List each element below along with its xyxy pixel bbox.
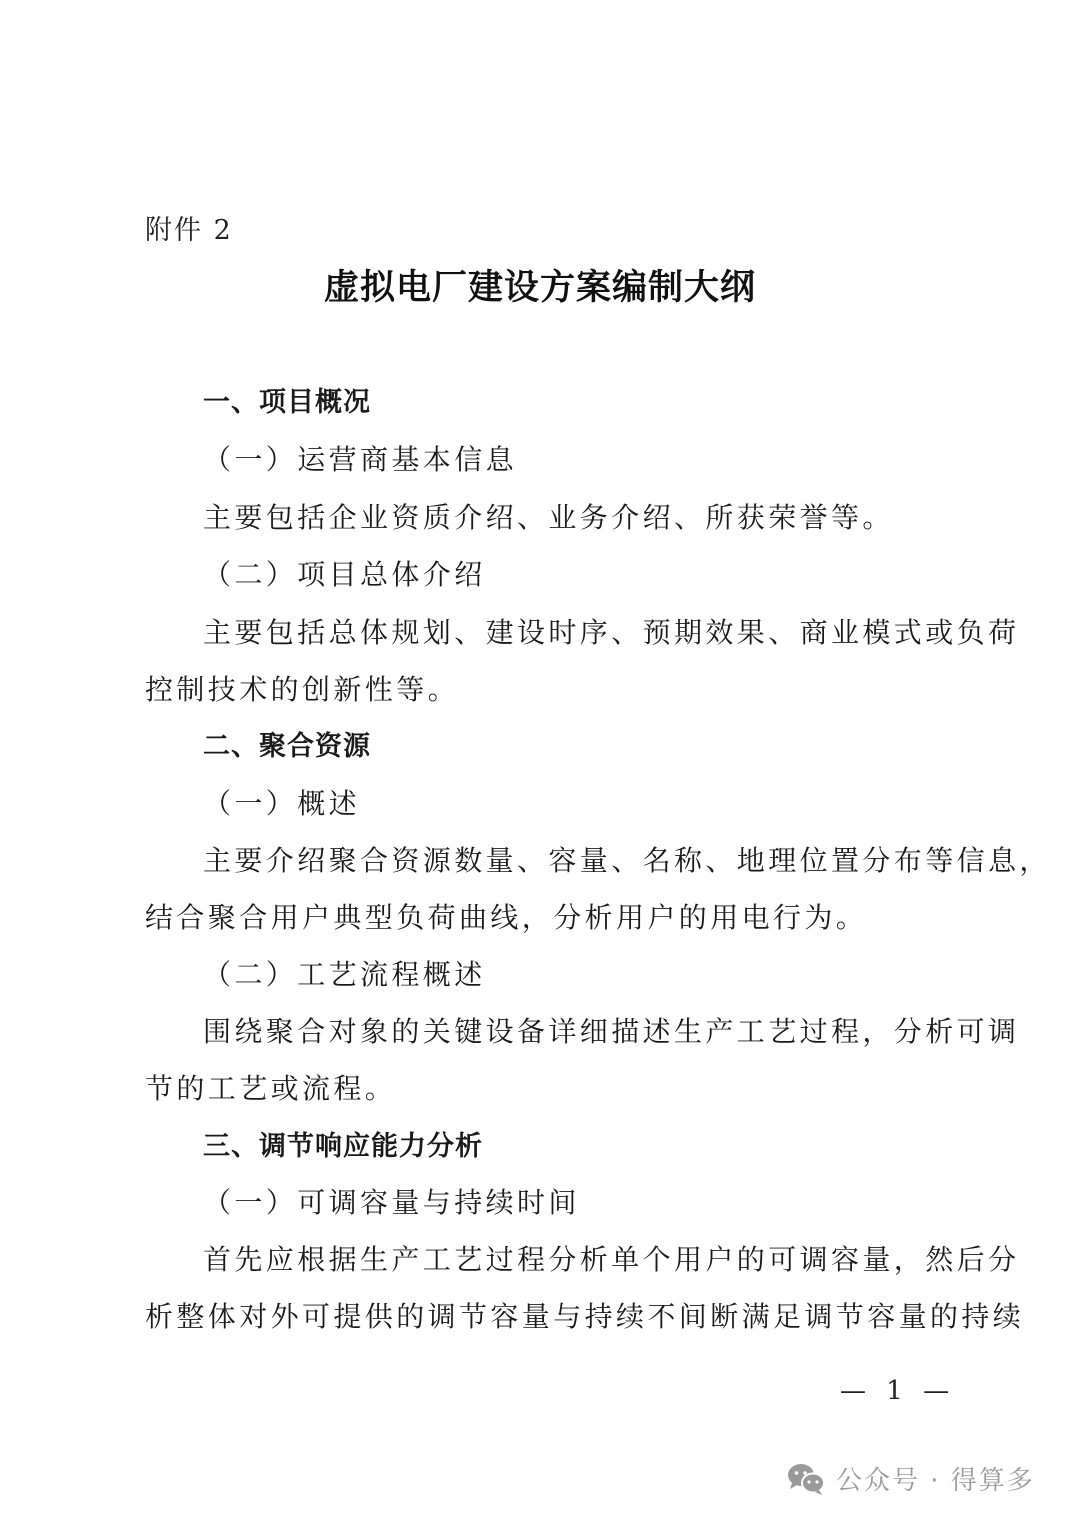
paragraph-line: 首先应根据生产工艺过程分析单个用户的可调容量，然后分: [203, 1238, 1019, 1278]
subsection-heading-2-1: （一）概述: [203, 782, 360, 822]
page-number: — 1 —: [840, 1376, 955, 1406]
document-title: 虚拟电厂建设方案编制大纲: [0, 260, 1080, 310]
watermark-text: 公众号 · 得算多: [836, 1460, 1035, 1497]
document-page: 附件 2 虚拟电厂建设方案编制大纲 一、项目概况 （一）运营商基本信息 主要包括…: [0, 0, 1080, 1527]
paragraph-line: 主要介绍聚合资源数量、容量、名称、地理位置分布等信息，: [203, 839, 1051, 879]
subsection-heading-1-2: （二）项目总体介绍: [203, 553, 486, 593]
subsection-heading-2-2: （二）工艺流程概述: [203, 953, 486, 993]
section-heading-3: 三、调节响应能力分析: [203, 1124, 483, 1163]
subsection-heading-1-1: （一）运营商基本信息: [203, 438, 517, 478]
paragraph-line: 控制技术的创新性等。: [145, 668, 459, 708]
paragraph-line: 结合聚合用户典型负荷曲线，分析用户的用电行为。: [145, 896, 867, 936]
paragraph-line: 析整体对外可提供的调节容量与持续不间断满足调节容量的持续: [145, 1295, 1024, 1335]
paragraph-line: 主要包括总体规划、建设时序、预期效果、商业模式或负荷: [203, 611, 1019, 651]
wechat-icon: [786, 1462, 826, 1496]
paragraph-line: 围绕聚合对象的关键设备详细描述生产工艺过程，分析可调: [203, 1010, 1019, 1050]
watermark: 公众号 · 得算多: [786, 1460, 1035, 1497]
paragraph-line: 节的工艺或流程。: [145, 1067, 396, 1107]
subsection-heading-3-1: （一）可调容量与持续时间: [203, 1181, 580, 1221]
section-heading-1: 一、项目概况: [203, 380, 371, 419]
paragraph-line: 主要包括企业资质介绍、业务介绍、所获荣誉等。: [203, 496, 894, 536]
section-heading-2: 二、聚合资源: [203, 724, 371, 763]
attachment-label: 附件 2: [145, 208, 233, 247]
